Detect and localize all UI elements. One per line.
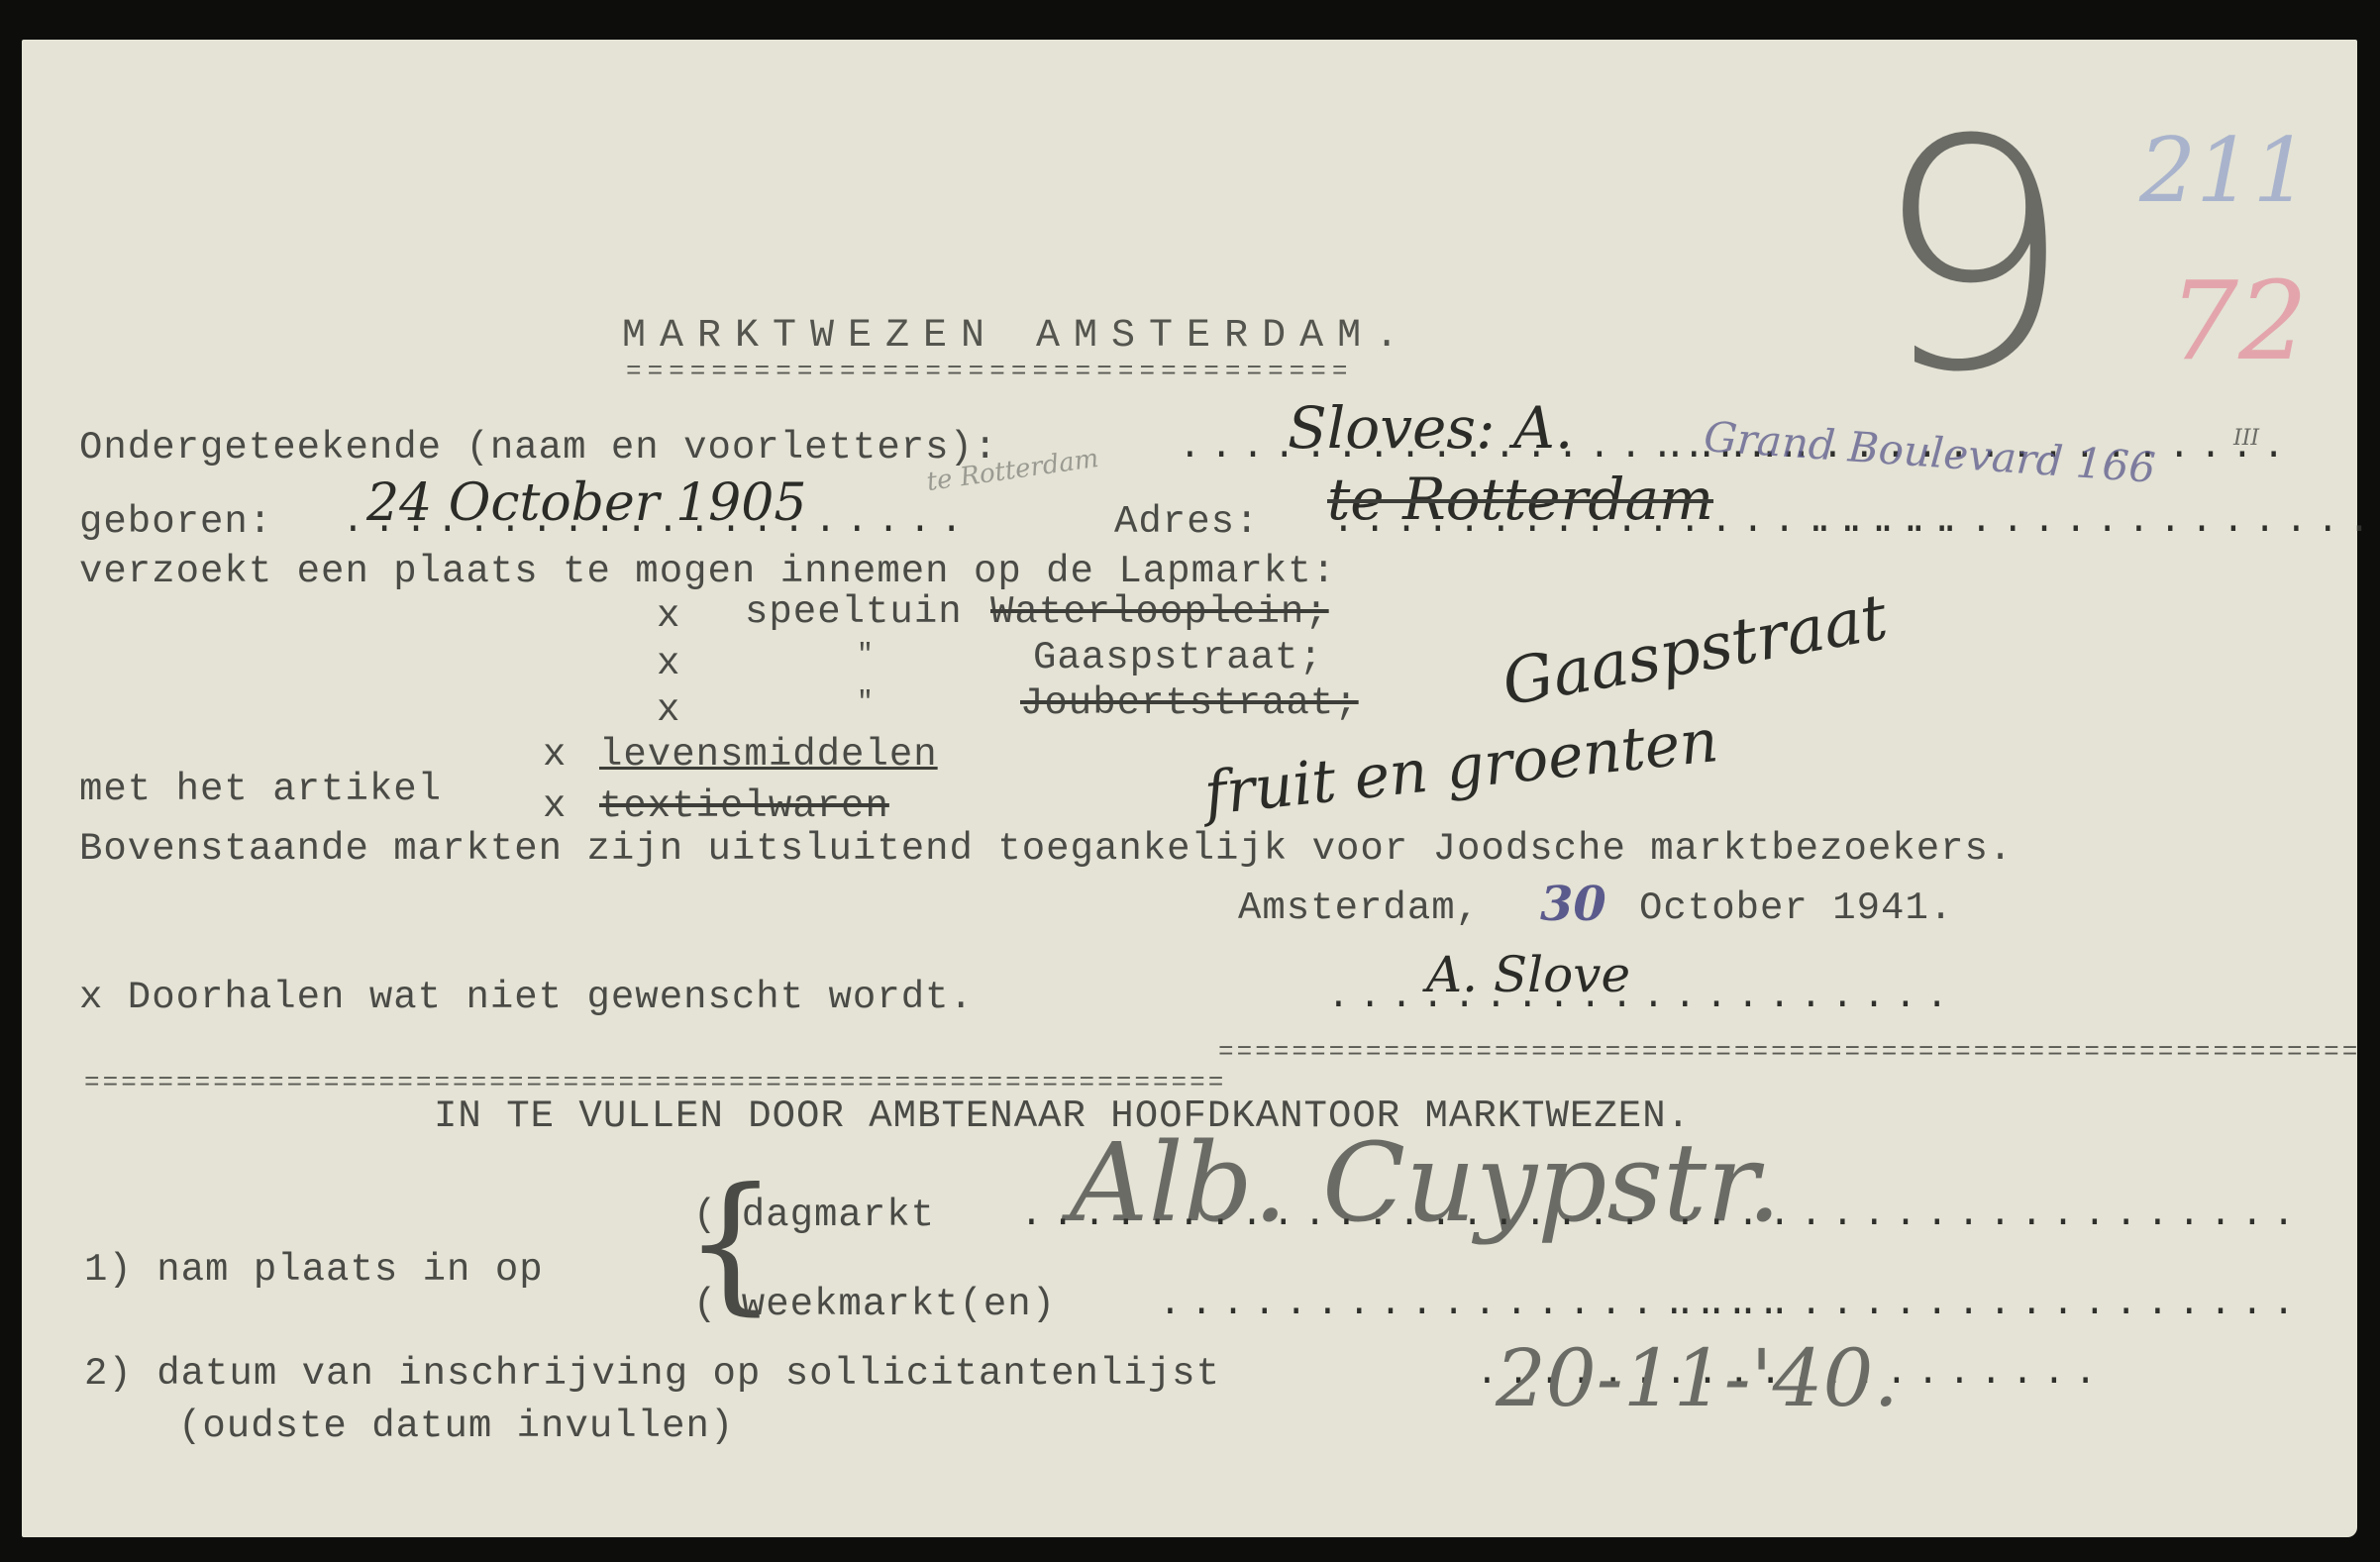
name-value: Sloves: A. [1288,394,1573,462]
address-label: Adres: [1114,500,1259,544]
notice-text: Bovenstaande markten zijn uitsluitend to… [79,827,2013,871]
dagmarkt-dotted-line: .................... [1020,1194,1650,1236]
article-option-name: levensmiddelen [599,733,938,777]
market-option-name: Gaaspstraat; [1033,636,1323,679]
section-separator: ========================================… [1218,1042,2360,1062]
market-option-prefix: speeltuin [745,590,963,634]
weekmarkt-dotted-line-2: .................... [1674,1283,2304,1325]
title-underline: ================================== [626,362,1354,381]
address-value-struck: te Rotterdam [1327,466,1713,533]
margin-blue-number: 211 [2139,119,2310,223]
article-option-mark: x [543,784,567,828]
market-option-name: Waterlooplein; [990,590,1329,634]
market-option-mark: x [657,642,680,685]
place-label: Amsterdam, [1238,886,1480,930]
article-label: met het artikel [79,768,442,811]
market-option-mark: x [657,688,680,732]
weekmarkt-label: ( weekmarkt(en) [693,1283,1056,1326]
item2-label: 2) datum van inschrijving op sollicitant… [84,1352,1220,1396]
address-stamp-suffix: III [2233,426,2259,451]
signature: A. Slove [1426,946,1630,1003]
article-option-name: textielwaren [599,784,889,828]
name-label: Ondergeteekende (naam en voorletters): [79,426,997,469]
section-separator-2: ========================================… [84,1073,1226,1093]
page-title: MARKTWEZEN AMSTERDAM. [622,315,1412,359]
born-value: 24 October 1905 [366,473,806,533]
market-option-prefix: " [857,634,875,677]
market-option-mark: x [657,594,680,638]
item1-label: 1) nam plaats in op [84,1248,544,1292]
item2-sub: (oudste datum invullen) [178,1405,734,1448]
market-option-name: Joubertstraat; [1020,681,1359,725]
signature-dotted-line: .................... [1327,976,1957,1018]
margin-pencil-number: 9 [1872,99,2074,416]
margin-red-number: 72 [2169,258,2308,384]
date-month-year: October 1941. [1639,886,1953,930]
strike-note: x Doorhalen wat niet gewenscht wordt. [79,976,974,1019]
born-label: geboren: [79,500,272,544]
address-dotted-line-2: .................... [1812,500,2380,543]
date-day: 30 [1540,877,1606,932]
article-option-mark: x [543,733,567,777]
request-line: verzoekt een plaats te mogen innemen op … [79,550,1336,593]
dagmarkt-dotted-line-2: .................... [1674,1194,2304,1236]
market-option-prefix: " [857,681,875,725]
item2-handwritten: 20-11-'40. [1496,1332,1899,1424]
